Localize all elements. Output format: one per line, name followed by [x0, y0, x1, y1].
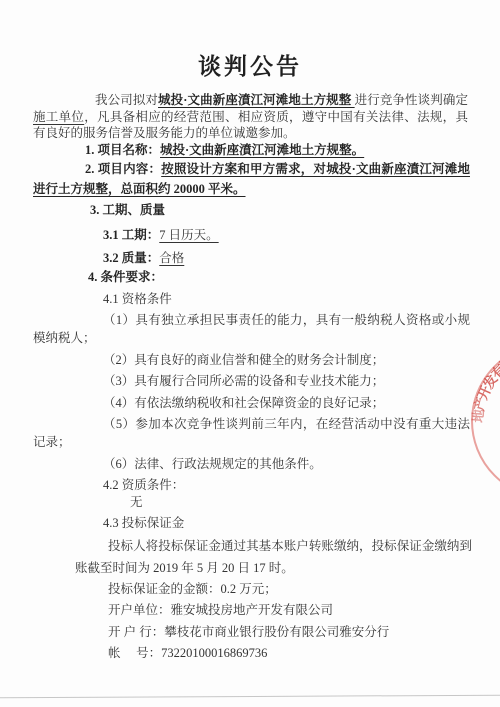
intro-lead: 我公司拟对: [95, 93, 158, 107]
item-1-label: 1. 项目名称：: [85, 143, 160, 157]
account-number-label: 帐 号：: [108, 646, 161, 660]
item-1-project-name: 1. 项目名称：城投·文曲新座濆江河滩地土方规整。: [33, 142, 468, 159]
item-3-1-label: 3.1 工期：: [103, 228, 159, 242]
page-scan-edge-line: [0, 695, 500, 699]
section-4-heading: 4. 条件要求：: [88, 269, 500, 286]
account-holder-line: 开户单位：雅安城投房地产开发有限公司: [108, 600, 500, 622]
account-holder-label: 开户单位：: [108, 603, 171, 617]
account-holder-value: 雅安城投房地产开发有限公司: [171, 603, 334, 617]
document-page: 谈判公告 我公司拟对城投·文曲新座濆江河滩地土方规整 进行竞争性谈判确定施工单位…: [0, 0, 500, 707]
qualification-condition-1: （1）具有独立承担民事责任的能力，具有一般纳税人资格或小规模纳税人；: [33, 311, 470, 347]
item-3-2-quality: 3.2 质量：合格: [103, 250, 500, 267]
section-3-heading: 3. 工期、质量: [90, 202, 500, 219]
account-number-value: 73220100016869736: [161, 646, 267, 660]
item-3-2-label: 3.2 质量：: [103, 251, 159, 265]
intro-tail: ，凡具备相应的经营范围、相应资质，遵守中国有关法律、法规，具有良好的服务信誉及服…: [33, 110, 468, 141]
section-4-1-heading: 4.1 资格条件: [103, 291, 500, 308]
item-2-project-content: 2. 项目内容：按照设计方案和甲方需求，对城投·文曲新座濆江河滩地进行土方规整，…: [33, 159, 470, 199]
item-3-1-value: 7 日历天。: [159, 228, 218, 242]
item-2-label: 2. 项目内容：: [85, 162, 161, 176]
seal-character: 地: [472, 409, 487, 424]
section-4-3-heading: 4.3 投标保证金: [103, 515, 500, 532]
bid-bond-paragraph: 投标人将投标保证金通过其基本账户转账缴纳，投标保证金缴纳到账截至时间为 2019…: [75, 535, 472, 579]
qualification-condition-3: （3）具有履行合同所必需的设备和专业技术能力；: [33, 372, 470, 390]
bid-bond-amount: 投标保证金的金额：0.2 万元；: [108, 579, 500, 601]
intro-mid: 进行竞争性谈判确定: [355, 93, 468, 107]
item-1-value: 城投·文曲新座濆江河滩地土方规整。: [160, 143, 364, 157]
qualification-condition-4: （4）有依法缴纳税收和社会保障资金的良好记录；: [33, 394, 470, 412]
project-name-emphasis: 城投·文曲新座濆江河滩地土方规整: [158, 93, 355, 107]
item-3-1-duration: 3.1 工期：7 日历天。: [103, 227, 500, 244]
bank-line: 开 户 行：攀枝花市商业银行股份有限公司雅安分行: [108, 622, 500, 644]
qualification-condition-5: （5）参加本次竞争性谈判前三年内，在经营活动中没有重大违法记录；: [33, 415, 470, 451]
bank-label: 开 户 行：: [108, 625, 164, 639]
document-title: 谈判公告: [0, 52, 500, 82]
item-3-2-value: 合格: [159, 251, 184, 265]
bank-value: 攀枝花市商业银行股份有限公司雅安分行: [164, 625, 389, 639]
account-number-line: 帐 号：73220100016869736: [108, 643, 500, 665]
qualification-condition-6: （6）法律、行政法规规定的其他条件。: [33, 455, 470, 473]
contractor-term: 施工单位: [33, 110, 84, 124]
section-4-2-heading: 4.2 资质条件：: [103, 477, 500, 494]
qualification-condition-2: （2）具有良好的商业信誉和健全的财务会计制度；: [33, 351, 470, 369]
section-4-2-value: 无: [130, 494, 500, 511]
intro-paragraph: 我公司拟对城投·文曲新座濆江河滩地土方规整 进行竞争性谈判确定施工单位，凡具备相…: [33, 92, 468, 142]
